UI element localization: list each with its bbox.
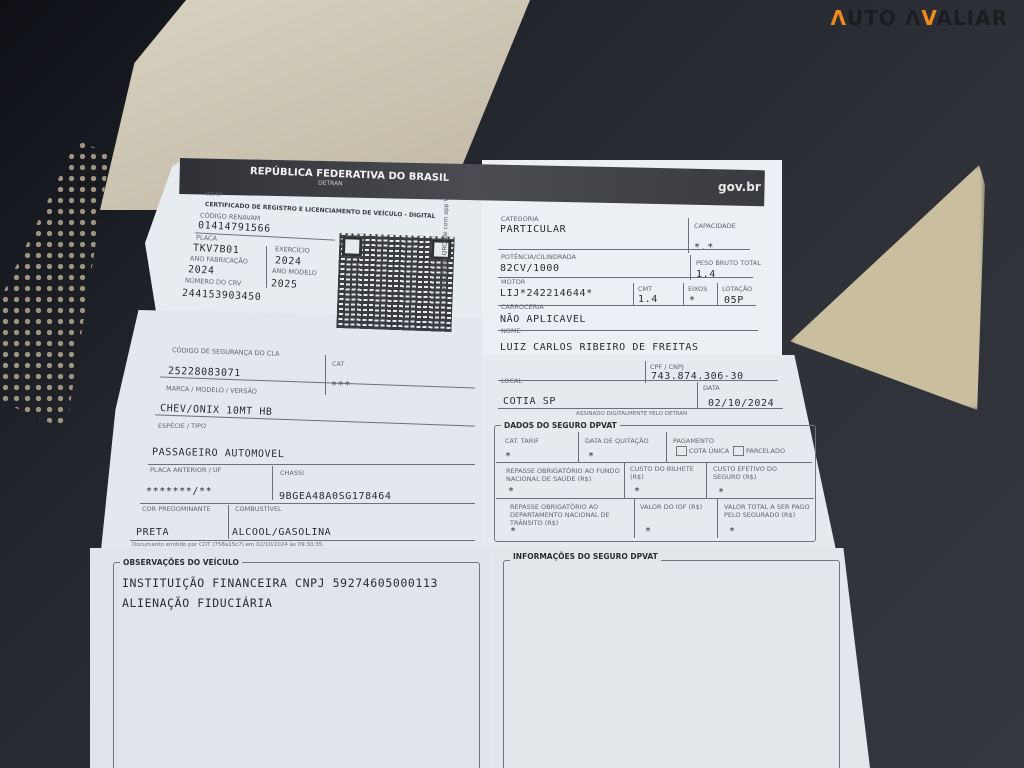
divider xyxy=(666,432,667,462)
divider xyxy=(498,249,750,250)
repasse-saude-value: * xyxy=(508,486,515,497)
peso-label: PESO BRUTO TOTAL xyxy=(696,259,761,267)
photo-scene: ΛAUTOUTO ΛVALIAR REPÚBLICA FEDERATIVA DO… xyxy=(0,0,1024,768)
carroceria-value: NÃO APLICAVEL xyxy=(500,314,586,325)
info-dpvat-box xyxy=(503,560,840,768)
ano-fabricacao-value: 2024 xyxy=(188,264,215,276)
repasse-transito-label: REPASSE OBRIGATÓRIO AO DEPARTAMENTO NACI… xyxy=(510,503,630,527)
custo-efetivo-label: CUSTO EFETIVO DO SEGURO (R$) xyxy=(713,465,793,481)
cmt-value: 1.4 xyxy=(638,294,658,305)
data-quitacao-value: * xyxy=(588,451,595,462)
crlv-document: REPÚBLICA FEDERATIVA DO BRASIL DETRAN go… xyxy=(0,0,1024,768)
divider xyxy=(325,355,326,395)
document-panel-mid-left xyxy=(100,310,485,560)
divider xyxy=(717,283,718,305)
divider xyxy=(683,283,684,305)
data-quitacao-label: DATA DE QUITAÇÃO xyxy=(585,437,649,445)
divider xyxy=(498,330,758,331)
divider xyxy=(634,498,635,538)
repasse-transito-value: * xyxy=(510,526,517,537)
divider xyxy=(496,462,812,463)
cat-label: CAT xyxy=(332,360,344,368)
categoria-value: PARTICULAR xyxy=(500,224,566,235)
divider xyxy=(498,380,778,381)
header-subtitle: DETRAN xyxy=(318,180,343,188)
placa-anterior-label: PLACA ANTERIOR / UF xyxy=(150,466,221,474)
ano-modelo-value: 2025 xyxy=(271,278,298,290)
divider xyxy=(706,462,707,498)
divider xyxy=(578,432,579,462)
nome-value: LUIZ CARLOS RIBEIRO DE FREITAS xyxy=(500,342,699,353)
valor-total-value: * xyxy=(729,526,736,537)
valor-iof-label: VALOR DO IOF (R$) xyxy=(640,503,702,511)
divider xyxy=(624,462,625,498)
combustivel-label: COMBUSTÍVEL xyxy=(235,505,282,513)
peso-value: 1.4 xyxy=(696,269,716,280)
placa-label: PLACA xyxy=(196,233,217,242)
potencia-label: POTÊNCIA/CILINDRADA xyxy=(501,253,576,261)
divider xyxy=(130,540,475,541)
divider xyxy=(697,382,698,408)
categoria-label: CATEGORIA xyxy=(501,215,539,223)
cpf-label: CPF / CNPJ xyxy=(650,363,684,371)
valor-iof-value: * xyxy=(645,526,652,537)
parcelado-label: PARCELADO xyxy=(746,447,785,455)
custo-bilhete-label: CUSTO DO BILHETE (R$) xyxy=(630,465,700,481)
custo-bilhete-value: * xyxy=(634,486,641,497)
observacoes-box xyxy=(113,562,480,768)
divider xyxy=(228,505,229,539)
cmt-label: CMT xyxy=(638,285,652,293)
combustivel-value: ALCOOL/GASOLINA xyxy=(232,527,331,538)
lotacao-label: LOTAÇÃO xyxy=(722,285,752,293)
divider xyxy=(688,218,689,253)
cor-value: PRETA xyxy=(136,527,169,538)
govbr-logo: gov.br xyxy=(718,180,761,194)
divider xyxy=(498,277,753,278)
checkbox-parcelado[interactable] xyxy=(733,446,744,456)
dpvat-title: DADOS DO SEGURO DPVAT xyxy=(501,421,620,430)
especie-value: PASSAGEIRO AUTOMOVEL xyxy=(152,447,285,460)
eixos-label: EIXOS xyxy=(688,285,707,293)
especie-label: ESPÉCIE / TIPO xyxy=(158,422,206,430)
pagamento-label: PAGAMENTO xyxy=(673,437,714,445)
divider xyxy=(272,466,273,500)
qr-code[interactable] xyxy=(336,233,454,332)
carroceria-label: CARROCERIA xyxy=(501,303,544,311)
issued-note: Documento emitido por CDT (758a15c7) em … xyxy=(132,542,324,548)
valor-total-label: VALOR TOTAL A SER PAGO PELO SEGURADO (R$… xyxy=(724,503,819,519)
divider xyxy=(496,498,814,499)
cota-unica-label: COTA ÚNICA xyxy=(689,447,729,455)
info-dpvat-title: INFORMAÇÕES DO SEGURO DPVAT xyxy=(510,552,661,561)
capacidade-value: *.* xyxy=(694,242,714,253)
data-label: DATA xyxy=(703,384,720,392)
checkbox-cota-unica[interactable] xyxy=(676,446,687,456)
divider xyxy=(633,283,634,305)
divider xyxy=(148,464,475,465)
observacoes-line1: INSTITUIÇÃO FINANCEIRA CNPJ 592746050001… xyxy=(122,576,438,590)
repasse-saude-label: REPASSE OBRIGATÓRIO AO FUNDO NACIONAL DE… xyxy=(506,467,621,483)
motor-value: LIJ*242214644* xyxy=(500,288,593,299)
divider xyxy=(140,503,475,504)
pagamento-cota-unica[interactable]: COTA ÚNICA xyxy=(676,446,729,456)
cor-label: COR PREDOMINANTE xyxy=(142,505,211,513)
via-label: VIA Nº xyxy=(205,192,223,199)
pagamento-parcelado[interactable]: PARCELADO xyxy=(733,446,785,456)
observacoes-line2: ALIENAÇÃO FIDUCIÁRIA xyxy=(122,596,272,610)
cat-tarif-value: * xyxy=(505,451,512,462)
signed-note: ASSINADO DIGITALMENTE PELO DETRAN xyxy=(576,411,687,417)
cat-tarif-label: CAT. TARIF xyxy=(505,437,539,445)
divider xyxy=(498,408,783,409)
placa-anterior-value: *******/** xyxy=(146,486,212,497)
observacoes-title: OBSERVAÇÕES DO VEÍCULO xyxy=(120,558,242,567)
divider xyxy=(717,498,718,538)
capacidade-label: CAPACIDADE xyxy=(694,222,736,230)
divider xyxy=(266,246,267,288)
local-value: COTIA SP xyxy=(503,396,556,407)
potencia-value: 82CV/1000 xyxy=(500,263,560,274)
chassi-label: CHASSI xyxy=(280,469,304,477)
local-label: LOCAL xyxy=(501,377,522,385)
exercicio-value: 2024 xyxy=(275,255,302,267)
motor-label: MOTOR xyxy=(501,278,525,286)
chassi-value: 9BGEA48A0SG178464 xyxy=(279,491,392,502)
nome-label: NOME xyxy=(501,327,521,335)
custo-efetivo-value: * xyxy=(718,487,725,498)
